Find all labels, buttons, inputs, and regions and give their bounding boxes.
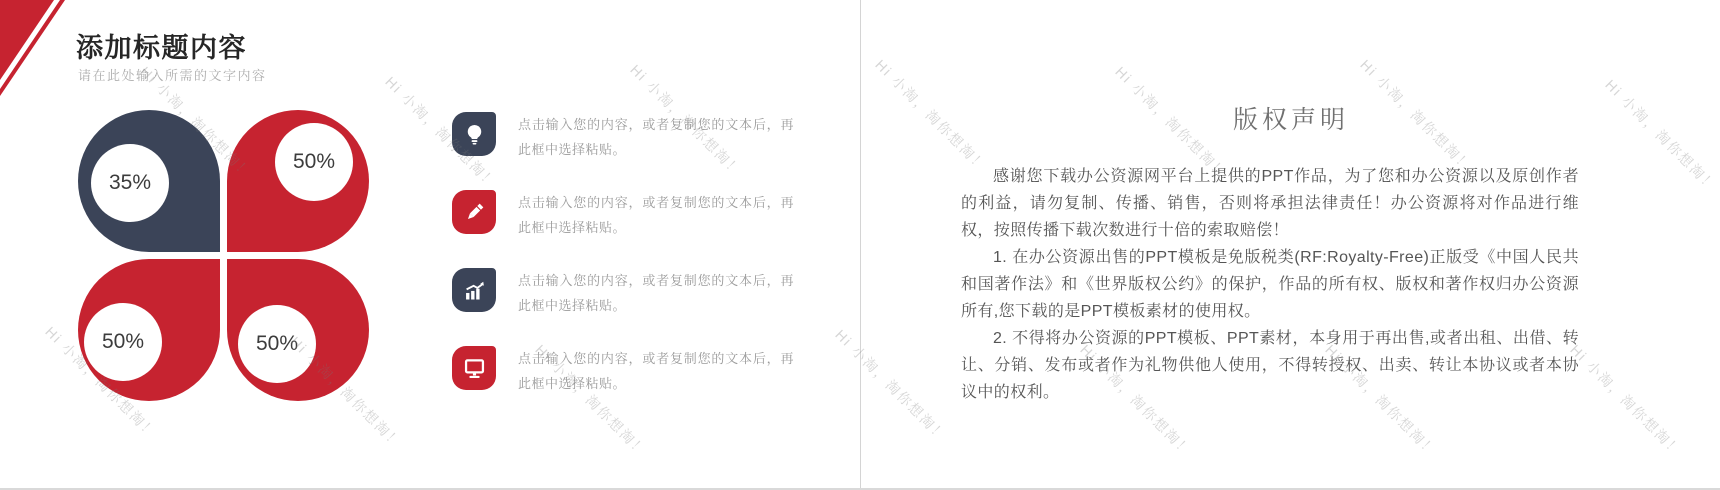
list-item: 点击输入您的内容，或者复制您的文本后，再此框中选择粘贴。 [452,112,794,162]
bar-chart-icon [452,268,496,312]
list-item-text: 点击输入您的内容，或者复制您的文本后，再此框中选择粘贴。 [518,346,794,396]
petal-value: 50% [293,150,335,174]
petal-value-circle: 50% [238,305,316,383]
petal-top-left: 35% [78,110,220,252]
petal-value: 50% [102,330,144,354]
petal-value-circle: 35% [91,144,169,222]
page-title: 添加标题内容 [76,26,247,65]
list-item: 点击输入您的内容，或者复制您的文本后，再此框中选择粘贴。 [452,346,794,396]
corner-ribbon-decoration [0,0,70,100]
copyright-body: 感谢您下载办公资源网平台上提供的PPT作品，为了您和办公资源以及原创作者的利益，… [961,163,1579,406]
list-item-text: 点击输入您的内容，或者复制您的文本后，再此框中选择粘贴。 [518,190,794,240]
copyright-paragraph: 感谢您下载办公资源网平台上提供的PPT作品，为了您和办公资源以及原创作者的利益，… [961,163,1579,244]
slide-right: 版权声明 感谢您下载办公资源网平台上提供的PPT作品，为了您和办公资源以及原创作… [860,0,1720,488]
petal-bottom-left: 50% [78,259,220,401]
copyright-paragraph: 1. 在办公资源出售的PPT模板是免版税类(RF:Royalty-Free)正版… [961,244,1579,325]
copyright-title: 版权声明 [861,100,1720,136]
monitor-icon [452,346,496,390]
copyright-paragraph: 2. 不得将办公资源的PPT模板、PPT素材，本身用于再出售,或者出租、出借、转… [961,325,1579,406]
petal-value-circle: 50% [275,123,353,201]
slide-preview-canvas: 添加标题内容 请在此处输入所需的文字内容 35% 50% 50% 50% [0,0,1720,490]
petal-value: 35% [109,171,151,195]
slide-left: 添加标题内容 请在此处输入所需的文字内容 35% 50% 50% 50% [0,0,860,488]
list-item-text: 点击输入您的内容，或者复制您的文本后，再此框中选择粘贴。 [518,268,794,318]
petal-diagram: 35% 50% 50% 50% [78,110,369,401]
page-subtitle: 请在此处输入所需的文字内容 [78,65,267,84]
petal-value-circle: 50% [84,303,162,381]
list-item: 点击输入您的内容，或者复制您的文本后，再此框中选择粘贴。 [452,190,794,240]
feature-list: 点击输入您的内容，或者复制您的文本后，再此框中选择粘贴。 点击输入您的内容，或者… [452,112,794,396]
list-item-text: 点击输入您的内容，或者复制您的文本后，再此框中选择粘贴。 [518,112,794,162]
lightbulb-icon [452,112,496,156]
pencil-icon [452,190,496,234]
list-item: 点击输入您的内容，或者复制您的文本后，再此框中选择粘贴。 [452,268,794,318]
petal-top-right: 50% [227,110,369,252]
petal-value: 50% [256,332,298,356]
petal-bottom-right: 50% [227,259,369,401]
